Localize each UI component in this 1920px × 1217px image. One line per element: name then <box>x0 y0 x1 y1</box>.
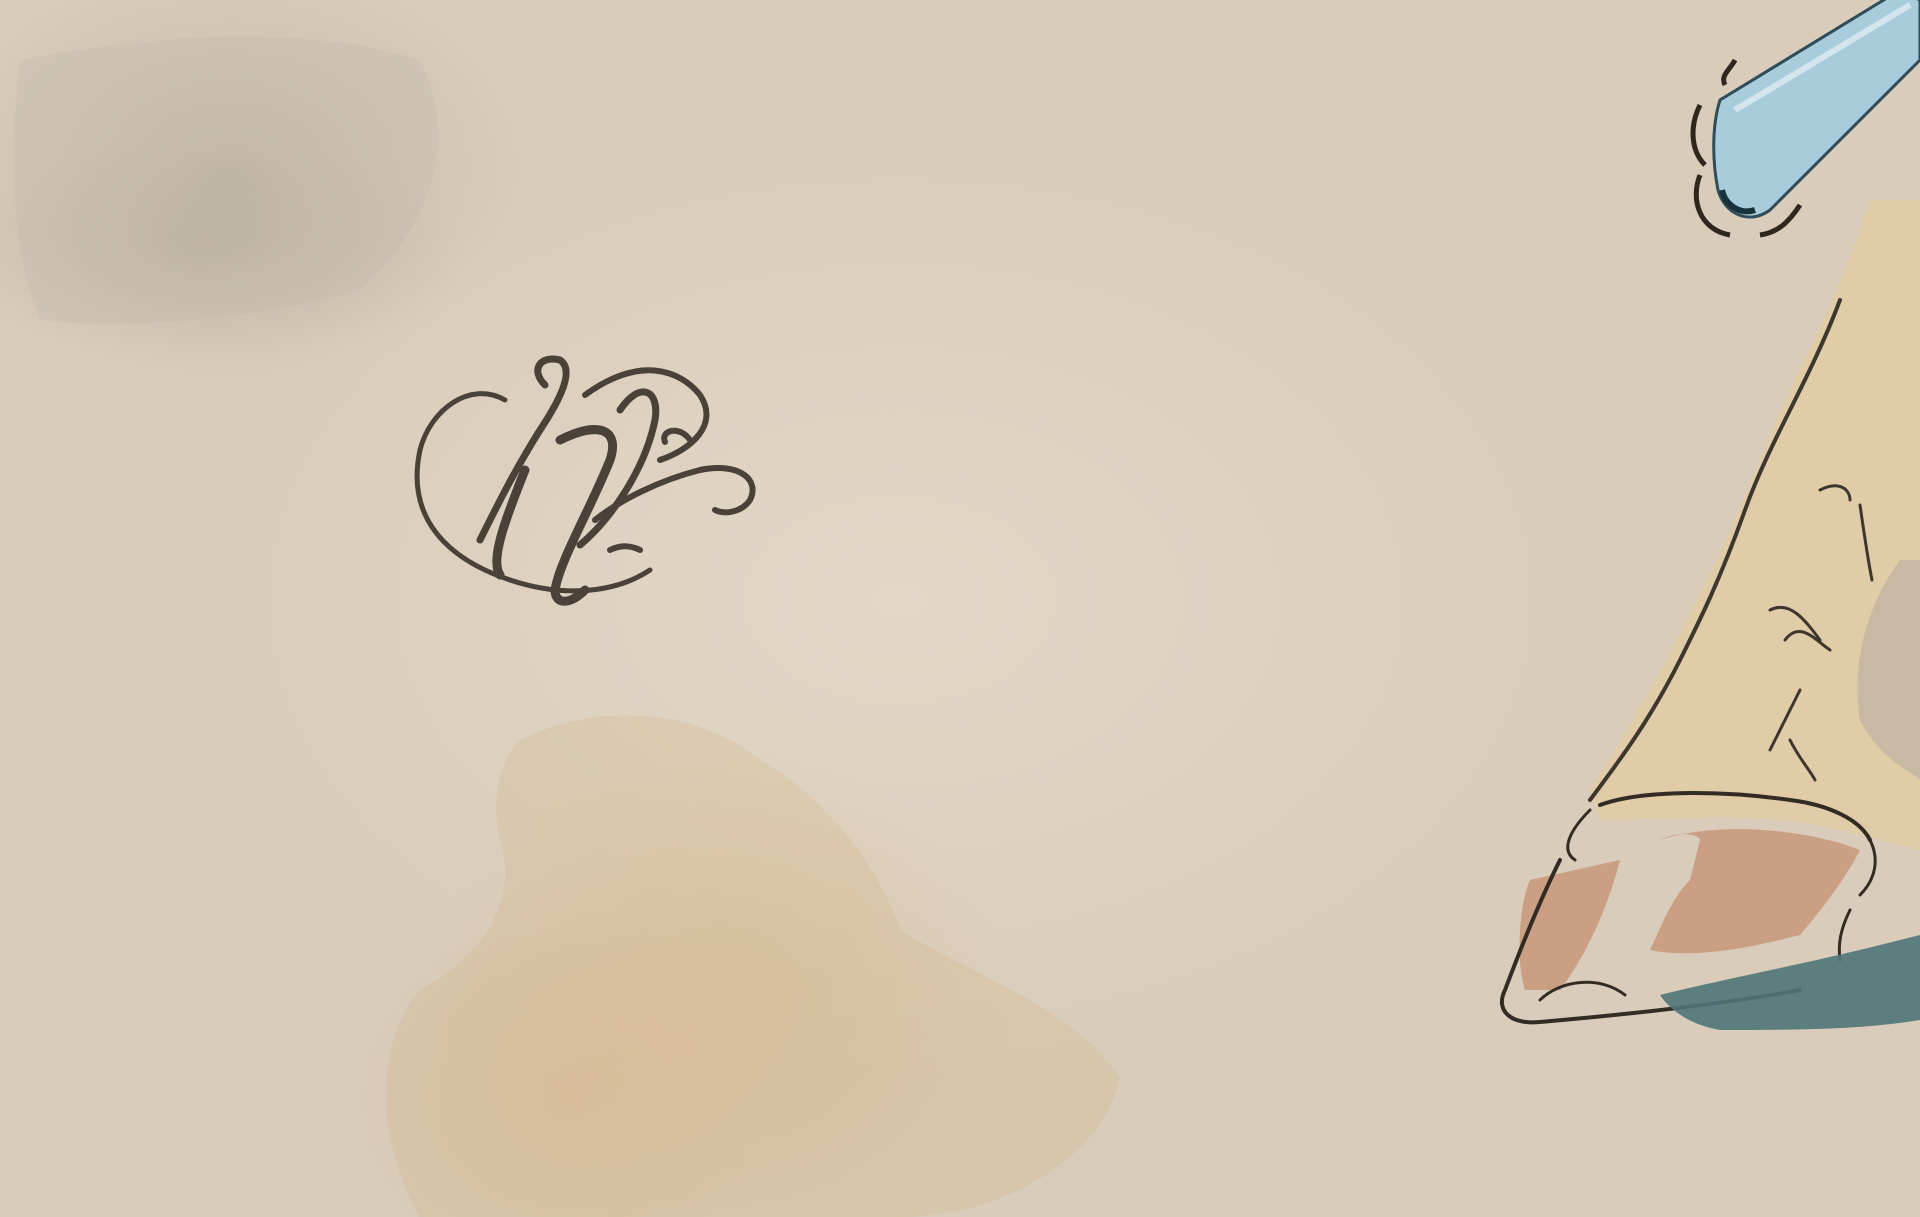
water-stain-top-left <box>14 37 438 324</box>
horse-leg-wash <box>1590 200 1920 850</box>
monogram-signature <box>417 359 752 601</box>
artwork-drawing <box>0 0 1920 1217</box>
water-stain-bottom <box>386 715 1120 1217</box>
watercolor-artwork: Detail of an aged watercolor and ink dra… <box>0 0 1920 1217</box>
blue-element <box>1693 0 1920 235</box>
